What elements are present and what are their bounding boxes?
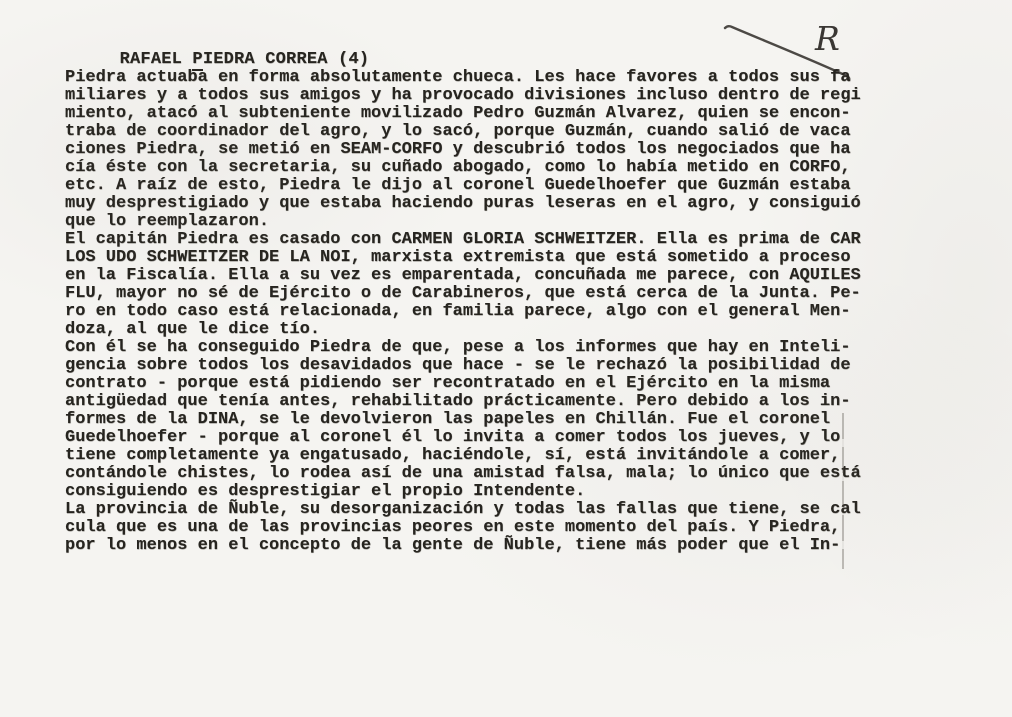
text-line: Guedelhoefer - porque al coronel él lo i… [65, 429, 1012, 447]
handwritten-r-mark: R [815, 22, 840, 56]
document-body: Piedra actuaba en forma absolutamente ch… [65, 69, 1012, 555]
text-line: cía éste con la secretaria, su cuñado ab… [65, 159, 1012, 177]
text-line: formes de la DINA, se le devolvieron las… [65, 411, 1012, 429]
text-line: contándole chistes, lo rodea así de una … [65, 465, 1012, 483]
text-line: que lo reemplazaron. [65, 213, 1012, 231]
text-line: LOS UDO SCHWEITZER DE LA NOI, marxista e… [65, 249, 1012, 267]
text-line: etc. A raíz de esto, Piedra le dijo al c… [65, 177, 1012, 195]
text-line: tiene completamente ya engatusado, hacié… [65, 447, 1012, 465]
text-line: gencia sobre todos los desavidados que h… [65, 357, 1012, 375]
title-text-post: IEDRA CORREA (4) [203, 50, 369, 69]
text-line: Piedra actuaba en forma absolutamente ch… [65, 69, 1012, 87]
text-line: miento, atacó al subteniente movilizado … [65, 105, 1012, 123]
text-line: doza, al que le dice tío. [65, 321, 1012, 339]
text-line: contrato - porque está pidiendo ser reco… [65, 375, 1012, 393]
dust-speck [285, 546, 288, 549]
text-line: miliares y a todos sus amigos y ha provo… [65, 87, 1012, 105]
text-line: Con él se ha conseguido Piedra de que, p… [65, 339, 1012, 357]
text-line: cula que es una de las provincias peores… [65, 519, 1012, 537]
text-line: El capitán Piedra es casado con CARMEN G… [65, 231, 1012, 249]
text-line: antigüedad que tenía antes, rehabilitado… [65, 393, 1012, 411]
text-line: traba de coordinador del agro, y lo sacó… [65, 123, 1012, 141]
crease-line [842, 413, 844, 569]
text-line: La provincia de Ñuble, su desorganizació… [65, 501, 1012, 519]
text-line: por lo menos en el concepto de la gente … [65, 537, 1012, 555]
text-line: ciones Piedra, se metió en SEAM-CORFO y … [65, 141, 1012, 159]
text-line: ro en todo caso está relacionada, en fam… [65, 303, 1012, 321]
text-line: muy desprestigiado y que estaba haciendo… [65, 195, 1012, 213]
text-line: consiguiendo es desprestigiar el propio … [65, 483, 1012, 501]
text-line: FLU, mayor no sé de Ejército o de Carabi… [65, 285, 1012, 303]
text-line: en la Fiscalía. Ella a su vez es emparen… [65, 267, 1012, 285]
title-text-pre: RAFAEL [120, 50, 193, 69]
scanned-document-page: RAFAEL PIEDRA CORREA (4) R Piedra actuab… [0, 0, 1012, 717]
